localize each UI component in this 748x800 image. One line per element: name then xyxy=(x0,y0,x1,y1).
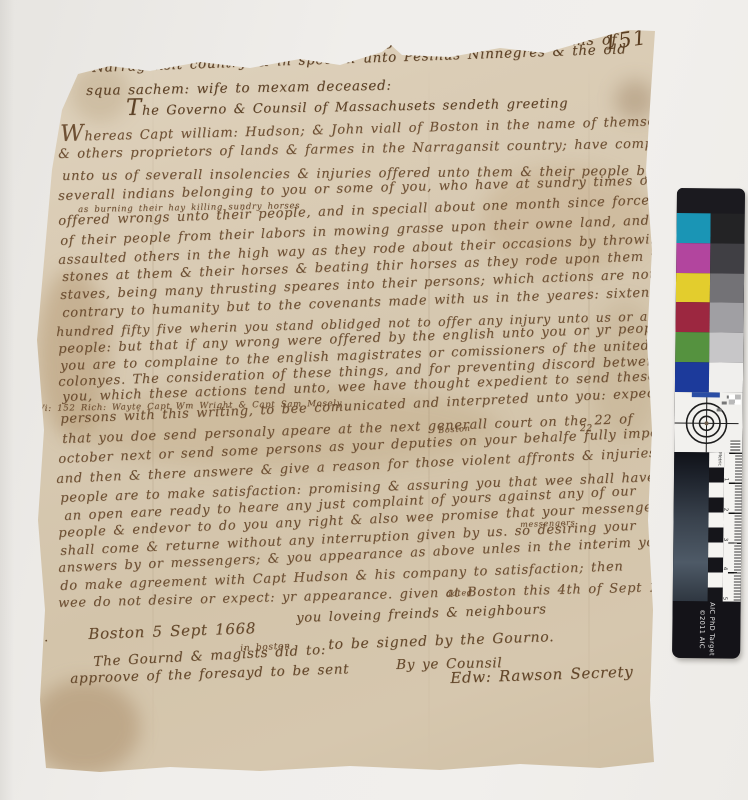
ruler-number: 3 xyxy=(722,537,728,541)
color-patch xyxy=(676,273,710,303)
black-patch xyxy=(677,188,745,214)
ruler-number: 5 xyxy=(721,597,727,601)
manuscript-paper: 151 These for our freinds & neighbours t… xyxy=(0,0,748,800)
brand-line-2: ©2011 AIC xyxy=(696,602,706,656)
gray-patch xyxy=(709,303,743,333)
color-patch xyxy=(676,213,710,243)
patch-row xyxy=(675,362,743,393)
patch-row xyxy=(675,302,743,333)
paper-stain xyxy=(30,680,140,775)
gray-patch xyxy=(709,333,743,363)
patch-row xyxy=(676,213,744,244)
brand-line-1: AIC PhD Target xyxy=(706,602,716,656)
patch-row xyxy=(676,243,744,274)
target-brand-label: AIC PhD Target ©2011 AIC xyxy=(696,602,716,656)
color-patch-rows xyxy=(675,213,745,392)
gray-patch xyxy=(710,273,744,303)
ruler-checker-column xyxy=(708,452,725,601)
millimeter-ticks xyxy=(734,452,743,601)
photo-edge-shading xyxy=(0,0,14,800)
checker-chip xyxy=(729,394,741,404)
gray-patch xyxy=(710,213,744,243)
blue-chip xyxy=(692,392,720,397)
ruler-number: 1 xyxy=(723,478,729,482)
ruler-tick-column: Metric 12345 xyxy=(723,452,743,601)
manuscript-line: These for our freinds & neighbours the I… xyxy=(118,27,618,57)
gloss-gradient-strip xyxy=(673,452,710,602)
color-patch xyxy=(676,243,710,273)
color-patch xyxy=(675,332,709,362)
archival-photo: { "page_number": "151", "manuscript": { … xyxy=(0,0,748,800)
gray-patch xyxy=(710,243,744,273)
color-calibration-target: Metric 12345 AIC PhD Target ©2011 AIC xyxy=(672,188,745,659)
patch-row xyxy=(676,273,744,304)
bullseye-target-section xyxy=(674,392,743,453)
resolution-chip xyxy=(730,440,740,450)
ruler-number: 2 xyxy=(722,507,728,511)
color-patch xyxy=(675,302,709,332)
target-brand-footer: AIC PhD Target ©2011 AIC xyxy=(672,601,741,658)
gray-patch xyxy=(709,362,743,392)
patch-row xyxy=(675,332,743,363)
ruler-number: 4 xyxy=(722,567,728,571)
color-patch xyxy=(675,362,709,392)
ruler-unit-label: Metric xyxy=(717,452,722,466)
metric-ruler-section: Metric 12345 xyxy=(673,452,743,602)
